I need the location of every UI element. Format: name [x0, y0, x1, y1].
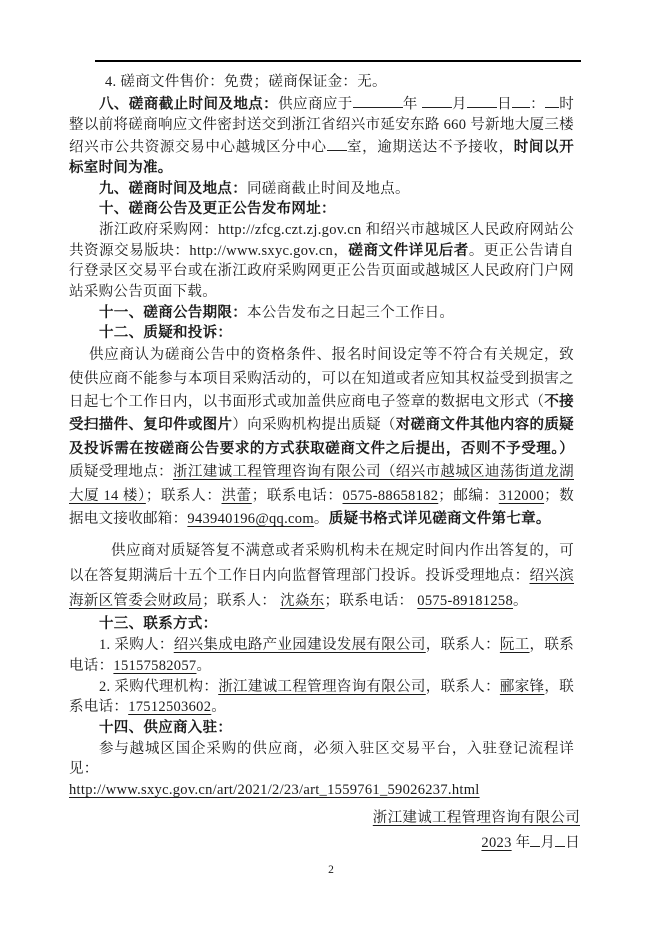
purchaser-contact-phone: 15157582057 [113, 658, 196, 674]
clause-9-heading: 九、磋商时间及地点： [99, 181, 247, 197]
signature-date-line: 2023 年月日 [373, 831, 580, 856]
file-price-text: 4. 磋商文件售价：免费；磋商保证金：无。 [105, 74, 387, 90]
blank-hour-field [512, 93, 530, 109]
query-postcode: 312000 [499, 488, 544, 504]
agency-name: 浙江建诚工程管理咨询有限公司 [218, 679, 426, 695]
purchaser-name: 绍兴集成电路产业园建设发展有限公司 [174, 637, 426, 653]
blank-year-field [353, 93, 403, 109]
blank-minute-field [545, 93, 559, 109]
agency-contact-phone: 17512503602 [128, 699, 211, 715]
blank-room-field [327, 136, 347, 152]
agency-line: 2. 采购代理机构：浙江建诚工程管理咨询有限公司，联系人：郦家锋，联系电话：17… [69, 677, 574, 718]
complaint-contact-phone: 0575-89181258 [417, 593, 513, 609]
signature-block: 浙江建诚工程管理咨询有限公司 2023 年月日 [373, 806, 580, 856]
clause-11-heading: 十一、磋商公告期限： [99, 305, 247, 321]
query-paragraph: 供应商认为磋商公告中的资格条件、报名时间设定等不符合有关规定，致使供应商不能参与… [69, 344, 574, 531]
blank-sig-day [555, 832, 565, 848]
page-number: 2 [0, 864, 662, 876]
registration-url-line: http://www.sxyc.gov.cn/art/2021/2/23/art… [69, 780, 574, 801]
query-email: 943940196@qq.com [187, 511, 314, 527]
query-format-note: 质疑书格式详见磋商文件第七章。 [329, 511, 551, 527]
document-body: 4. 磋商文件售价：免费；磋商保证金：无。 八、磋商截止时间及地点：供应商应于年… [69, 72, 574, 801]
clause-9-time-place: 九、磋商时间及地点：同磋商截止时间及地点。 [69, 179, 574, 200]
clause-10-body: 浙江政府采购网：http://zfcg.czt.zj.gov.cn 和绍兴市越城… [69, 220, 574, 303]
clause-8-deadline: 八、磋商截止时间及地点：供应商应于年 月日：时整以前将磋商响应文件密封送交到浙江… [69, 93, 574, 179]
clause-10-heading: 十、磋商公告及更正公告发布网址： [99, 201, 336, 217]
clause-8-heading: 八、磋商截止时间及地点： [99, 96, 278, 112]
blank-month-field [422, 93, 452, 109]
header-rule [95, 60, 581, 62]
clause-11-period: 十一、磋商公告期限：本公告发布之日起三个工作日。 [69, 303, 574, 324]
query-contact-phone: 0575-88658182 [343, 488, 439, 504]
purchaser-line: 1. 采购人：绍兴集成电路产业园建设发展有限公司，联系人：阮工，联系电话：151… [69, 635, 574, 676]
complaint-contact-name: 沈焱东 [280, 593, 324, 609]
clause-12-heading: 十二、质疑和投诉： [99, 325, 232, 341]
query-contact-name: 洪蕾 [222, 488, 252, 504]
clause-12-heading-line: 十二、质疑和投诉： [69, 323, 574, 344]
signature-company-line: 浙江建诚工程管理咨询有限公司 [373, 806, 580, 831]
clause-14-heading: 十四、供应商入驻： [99, 720, 232, 736]
see-latter-note: 磋商文件详见后者 [348, 243, 468, 259]
blank-day-field [467, 93, 497, 109]
registration-url-link[interactable]: http://www.sxyc.gov.cn/art/2021/2/23/art… [69, 782, 480, 798]
complaint-paragraph: 供应商对质疑答复不满意或者采购机构未在规定时间内作出答复的，可以在答复期满后十五… [69, 539, 574, 614]
file-price-line: 4. 磋商文件售价：免费；磋商保证金：无。 [69, 72, 574, 93]
clause-13-heading-line: 十三、联系方式： [69, 614, 574, 635]
agency-contact-name: 郦家锋 [500, 679, 544, 695]
signature-year: 2023 [481, 835, 511, 851]
clause-14-heading-line: 十四、供应商入驻： [69, 718, 574, 739]
clause-10-heading-line: 十、磋商公告及更正公告发布网址： [69, 199, 574, 220]
clause-14-body: 参与越城区国企采购的供应商，必须入驻区交易平台，入驻登记流程详见： [69, 739, 574, 780]
blank-sig-month [530, 832, 540, 848]
clause-13-heading: 十三、联系方式： [99, 616, 217, 632]
signature-company: 浙江建诚工程管理咨询有限公司 [373, 810, 580, 826]
purchaser-contact-name: 阮工 [500, 637, 530, 653]
